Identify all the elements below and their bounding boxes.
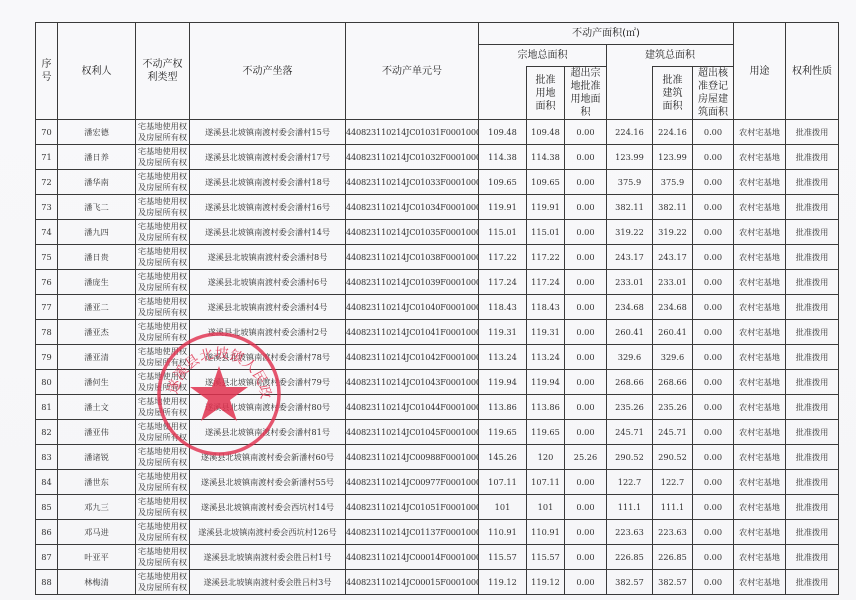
row-location: 遂溪县北坡镇南渡村委会潘村18号 xyxy=(190,170,346,195)
row-location: 遂溪县北坡镇南渡村委会潘村4号 xyxy=(190,295,346,320)
row-land-excess: 0.00 xyxy=(565,470,607,495)
row-owner: 潘九四 xyxy=(58,220,136,245)
header-building-excess: 超出核准登记房屋建筑面积 xyxy=(693,67,734,120)
row-building-approved: 224.16 xyxy=(653,120,693,145)
row-owner: 潘宏德 xyxy=(58,120,136,145)
row-seq: 86 xyxy=(36,520,58,545)
header-building-approved: 批准建筑面积 xyxy=(653,67,693,120)
row-building-total: 329.6 xyxy=(607,345,653,370)
row-land-excess: 0.00 xyxy=(565,545,607,570)
row-usage: 农村宅基地 xyxy=(734,570,786,595)
row-usage: 农村宅基地 xyxy=(734,445,786,470)
row-building-total: 234.68 xyxy=(607,295,653,320)
row-seq: 70 xyxy=(36,120,58,145)
row-right-nature: 批准拨用 xyxy=(786,495,839,520)
row-building-total: 268.66 xyxy=(607,370,653,395)
row-right-type: 宅基地使用权及房屋所有权 xyxy=(136,320,190,345)
row-location: 遂溪县北坡镇南渡村委会潘村78号 xyxy=(190,345,346,370)
row-owner: 潘日养 xyxy=(58,145,136,170)
row-land-total: 113.24 xyxy=(479,345,527,370)
row-building-approved: 111.1 xyxy=(653,495,693,520)
row-right-nature: 批准拨用 xyxy=(786,345,839,370)
row-owner: 潘诸锐 xyxy=(58,445,136,470)
row-owner: 潘世东 xyxy=(58,470,136,495)
row-land-total: 115.01 xyxy=(479,220,527,245)
table-row: 74潘九四宅基地使用权及房屋所有权遂溪县北坡镇南渡村委会潘村14号4408231… xyxy=(36,220,839,245)
row-building-excess: 0.00 xyxy=(693,245,734,270)
row-building-approved: 123.99 xyxy=(653,145,693,170)
row-right-nature: 批准拨用 xyxy=(786,295,839,320)
row-land-excess: 0.00 xyxy=(565,145,607,170)
table-row: 71潘日养宅基地使用权及房屋所有权遂溪县北坡镇南渡村委会潘村17号4408231… xyxy=(36,145,839,170)
row-land-excess: 0.00 xyxy=(565,220,607,245)
row-location: 遂溪县北坡镇南渡村委会潘村8号 xyxy=(190,245,346,270)
row-unit-no: 440823110214JC01137F00010001 xyxy=(346,520,479,545)
row-location: 遂溪县北坡镇南渡村委会潘村80号 xyxy=(190,395,346,420)
row-unit-no: 440823110214JC00988F00010001 xyxy=(346,445,479,470)
row-right-nature: 批准拨用 xyxy=(786,395,839,420)
row-right-type: 宅基地使用权及房屋所有权 xyxy=(136,345,190,370)
row-building-total: 382.11 xyxy=(607,195,653,220)
row-right-type: 宅基地使用权及房屋所有权 xyxy=(136,270,190,295)
row-location: 遂溪县北坡镇南渡村委会潘村14号 xyxy=(190,220,346,245)
row-unit-no: 440823110214JC01033F00010001 xyxy=(346,170,479,195)
row-usage: 农村宅基地 xyxy=(734,295,786,320)
row-owner: 潘飞二 xyxy=(58,195,136,220)
row-land-approved: 120 xyxy=(527,445,565,470)
row-land-total: 101 xyxy=(479,495,527,520)
row-seq: 76 xyxy=(36,270,58,295)
row-land-approved: 109.65 xyxy=(527,170,565,195)
row-land-approved: 119.65 xyxy=(527,420,565,445)
header-seq: 序号 xyxy=(36,23,58,120)
row-building-approved: 235.26 xyxy=(653,395,693,420)
row-building-approved: 268.66 xyxy=(653,370,693,395)
row-building-approved: 260.41 xyxy=(653,320,693,345)
table-row: 80潘何生宅基地使用权及房屋所有权遂溪县北坡镇南渡村委会潘村79号4408231… xyxy=(36,370,839,395)
row-seq: 84 xyxy=(36,470,58,495)
row-usage: 农村宅基地 xyxy=(734,320,786,345)
row-building-excess: 0.00 xyxy=(693,545,734,570)
document-page: 序号 权利人 不动产权利类型 不动产坐落 不动产单元号 不动产面积(㎡) 用途 … xyxy=(0,0,856,600)
table-row: 87叶亚平宅基地使用权及房屋所有权遂溪县北坡镇南渡村委会胜吕村1号4408231… xyxy=(36,545,839,570)
header-unit-no: 不动产单元号 xyxy=(346,23,479,120)
header-land-excess: 超出宗地批准用地面积 xyxy=(565,67,607,120)
table-row: 82潘亚伟宅基地使用权及房屋所有权遂溪县北坡镇南渡村委会潘村81号4408231… xyxy=(36,420,839,445)
row-building-approved: 319.22 xyxy=(653,220,693,245)
row-building-total: 122.7 xyxy=(607,470,653,495)
row-building-excess: 0.00 xyxy=(693,145,734,170)
row-building-total: 375.9 xyxy=(607,170,653,195)
row-seq: 81 xyxy=(36,395,58,420)
row-right-type: 宅基地使用权及房屋所有权 xyxy=(136,570,190,595)
row-land-approved: 113.24 xyxy=(527,345,565,370)
row-land-approved: 119.94 xyxy=(527,370,565,395)
row-building-approved: 233.01 xyxy=(653,270,693,295)
row-owner: 潘庞生 xyxy=(58,270,136,295)
row-seq: 73 xyxy=(36,195,58,220)
row-unit-no: 440823110214JC01034F00010001 xyxy=(346,195,479,220)
row-building-approved: 329.6 xyxy=(653,345,693,370)
row-building-total: 123.99 xyxy=(607,145,653,170)
row-location: 遂溪县北坡镇南渡村委会西坑村14号 xyxy=(190,495,346,520)
row-land-total: 119.65 xyxy=(479,420,527,445)
header-usage: 用途 xyxy=(734,23,786,120)
row-usage: 农村宅基地 xyxy=(734,420,786,445)
row-unit-no: 440823110214JC01051F00010001 xyxy=(346,495,479,520)
row-unit-no: 440823110214JC01032F00010001 xyxy=(346,145,479,170)
row-usage: 农村宅基地 xyxy=(734,220,786,245)
row-land-approved: 117.22 xyxy=(527,245,565,270)
row-building-excess: 0.00 xyxy=(693,220,734,245)
row-unit-no: 440823110214JC01041F00010001 xyxy=(346,320,479,345)
row-seq: 88 xyxy=(36,570,58,595)
row-right-nature: 批准拨用 xyxy=(786,570,839,595)
row-building-total: 260.41 xyxy=(607,320,653,345)
row-usage: 农村宅基地 xyxy=(734,345,786,370)
row-seq: 78 xyxy=(36,320,58,345)
row-usage: 农村宅基地 xyxy=(734,370,786,395)
header-area-group: 不动产面积(㎡) xyxy=(479,23,734,45)
row-usage: 农村宅基地 xyxy=(734,545,786,570)
row-land-excess: 0.00 xyxy=(565,570,607,595)
row-location: 遂溪县北坡镇南渡村委会潘村17号 xyxy=(190,145,346,170)
row-usage: 农村宅基地 xyxy=(734,170,786,195)
row-location: 遂溪县北坡镇南渡村委会潘村81号 xyxy=(190,420,346,445)
row-usage: 农村宅基地 xyxy=(734,470,786,495)
row-right-nature: 批准拨用 xyxy=(786,470,839,495)
row-land-approved: 109.48 xyxy=(527,120,565,145)
table-row: 73潘飞二宅基地使用权及房屋所有权遂溪县北坡镇南渡村委会潘村16号4408231… xyxy=(36,195,839,220)
row-right-type: 宅基地使用权及房屋所有权 xyxy=(136,520,190,545)
row-land-approved: 115.01 xyxy=(527,220,565,245)
row-unit-no: 440823110214JC00977F00010001 xyxy=(346,470,479,495)
row-right-type: 宅基地使用权及房屋所有权 xyxy=(136,445,190,470)
row-seq: 71 xyxy=(36,145,58,170)
table-row: 84潘世东宅基地使用权及房屋所有权遂溪县北坡镇南渡村委会新潘村55号440823… xyxy=(36,470,839,495)
property-registry-table: 序号 权利人 不动产权利类型 不动产坐落 不动产单元号 不动产面积(㎡) 用途 … xyxy=(35,22,839,595)
row-building-excess: 0.00 xyxy=(693,195,734,220)
row-right-nature: 批准拨用 xyxy=(786,370,839,395)
row-owner: 潘日贵 xyxy=(58,245,136,270)
row-building-approved: 122.7 xyxy=(653,470,693,495)
row-land-excess: 0.00 xyxy=(565,370,607,395)
row-usage: 农村宅基地 xyxy=(734,120,786,145)
row-land-total: 145.26 xyxy=(479,445,527,470)
row-location: 遂溪县北坡镇南渡村委会胜吕村1号 xyxy=(190,545,346,570)
row-seq: 87 xyxy=(36,545,58,570)
row-right-type: 宅基地使用权及房屋所有权 xyxy=(136,195,190,220)
row-owner: 潘亚伟 xyxy=(58,420,136,445)
table-row: 81潘土文宅基地使用权及房屋所有权遂溪县北坡镇南渡村委会潘村80号4408231… xyxy=(36,395,839,420)
row-building-excess: 0.00 xyxy=(693,470,734,495)
row-land-approved: 101 xyxy=(527,495,565,520)
row-right-type: 宅基地使用权及房屋所有权 xyxy=(136,370,190,395)
row-right-type: 宅基地使用权及房屋所有权 xyxy=(136,470,190,495)
row-land-approved: 118.43 xyxy=(527,295,565,320)
row-land-excess: 0.00 xyxy=(565,495,607,520)
row-land-approved: 114.38 xyxy=(527,145,565,170)
row-owner: 邓马进 xyxy=(58,520,136,545)
row-right-type: 宅基地使用权及房屋所有权 xyxy=(136,420,190,445)
row-unit-no: 440823110214JC01043F00010001 xyxy=(346,370,479,395)
row-building-excess: 0.00 xyxy=(693,320,734,345)
row-land-approved: 119.12 xyxy=(527,570,565,595)
row-land-total: 114.38 xyxy=(479,145,527,170)
header-building-total-value xyxy=(607,67,653,120)
row-unit-no: 440823110214JC01035F00010001 xyxy=(346,220,479,245)
row-unit-no: 440823110214JC01042F00010001 xyxy=(346,345,479,370)
row-usage: 农村宅基地 xyxy=(734,495,786,520)
table-row: 70潘宏德宅基地使用权及房屋所有权遂溪县北坡镇南渡村委会潘村15号4408231… xyxy=(36,120,839,145)
row-unit-no: 440823110214JC00015F00010001 xyxy=(346,570,479,595)
row-building-total: 235.26 xyxy=(607,395,653,420)
table-row: 76潘庞生宅基地使用权及房屋所有权遂溪县北坡镇南渡村委会潘村6号44082311… xyxy=(36,270,839,295)
row-building-approved: 226.85 xyxy=(653,545,693,570)
row-building-total: 382.57 xyxy=(607,570,653,595)
row-right-nature: 批准拨用 xyxy=(786,120,839,145)
row-location: 遂溪县北坡镇南渡村委会潘村16号 xyxy=(190,195,346,220)
row-building-excess: 0.00 xyxy=(693,120,734,145)
row-land-excess: 0.00 xyxy=(565,320,607,345)
row-building-excess: 0.00 xyxy=(693,445,734,470)
row-right-nature: 批准拨用 xyxy=(786,520,839,545)
row-building-total: 233.01 xyxy=(607,270,653,295)
row-land-total: 119.94 xyxy=(479,370,527,395)
row-building-total: 223.63 xyxy=(607,520,653,545)
row-land-total: 117.24 xyxy=(479,270,527,295)
row-owner: 潘土文 xyxy=(58,395,136,420)
row-right-nature: 批准拨用 xyxy=(786,270,839,295)
row-building-excess: 0.00 xyxy=(693,370,734,395)
row-location: 遂溪县北坡镇南渡村委会西坑村126号 xyxy=(190,520,346,545)
row-right-nature: 批准拨用 xyxy=(786,220,839,245)
row-land-excess: 0.00 xyxy=(565,420,607,445)
row-right-nature: 批准拨用 xyxy=(786,320,839,345)
row-right-type: 宅基地使用权及房屋所有权 xyxy=(136,245,190,270)
header-right-nature: 权利性质 xyxy=(786,23,839,120)
row-building-excess: 0.00 xyxy=(693,495,734,520)
row-usage: 农村宅基地 xyxy=(734,270,786,295)
row-land-excess: 25.26 xyxy=(565,445,607,470)
row-unit-no: 440823110214JC01040F00010001 xyxy=(346,295,479,320)
row-unit-no: 440823110214JC01044F00010001 xyxy=(346,395,479,420)
row-owner: 潘华南 xyxy=(58,170,136,195)
row-building-approved: 382.11 xyxy=(653,195,693,220)
row-seq: 79 xyxy=(36,345,58,370)
row-owner: 潘何生 xyxy=(58,370,136,395)
table-row: 72潘华南宅基地使用权及房屋所有权遂溪县北坡镇南渡村委会潘村18号4408231… xyxy=(36,170,839,195)
row-building-approved: 223.63 xyxy=(653,520,693,545)
header-owner: 权利人 xyxy=(58,23,136,120)
row-location: 遂溪县北坡镇南渡村委会潘村2号 xyxy=(190,320,346,345)
table-row: 75潘日贵宅基地使用权及房屋所有权遂溪县北坡镇南渡村委会潘村8号44082311… xyxy=(36,245,839,270)
row-building-approved: 290.52 xyxy=(653,445,693,470)
row-land-excess: 0.00 xyxy=(565,120,607,145)
row-location: 遂溪县北坡镇南渡村委会新潘村60号 xyxy=(190,445,346,470)
row-land-total: 109.65 xyxy=(479,170,527,195)
row-building-excess: 0.00 xyxy=(693,395,734,420)
row-seq: 83 xyxy=(36,445,58,470)
row-land-excess: 0.00 xyxy=(565,295,607,320)
row-land-excess: 0.00 xyxy=(565,395,607,420)
row-unit-no: 440823110214JC01031F00010001 xyxy=(346,120,479,145)
row-location: 遂溪县北坡镇南渡村委会潘村79号 xyxy=(190,370,346,395)
row-land-excess: 0.00 xyxy=(565,245,607,270)
row-building-excess: 0.00 xyxy=(693,270,734,295)
row-land-total: 119.91 xyxy=(479,195,527,220)
row-right-nature: 批准拨用 xyxy=(786,545,839,570)
row-right-type: 宅基地使用权及房屋所有权 xyxy=(136,220,190,245)
row-land-total: 110.91 xyxy=(479,520,527,545)
registry-rows: 70潘宏德宅基地使用权及房屋所有权遂溪县北坡镇南渡村委会潘村15号4408231… xyxy=(36,120,839,595)
row-owner: 林梅清 xyxy=(58,570,136,595)
row-owner: 潘亚二 xyxy=(58,295,136,320)
row-owner: 邓九三 xyxy=(58,495,136,520)
header-land-total: 宗地总面积 xyxy=(479,45,607,67)
row-land-approved: 119.31 xyxy=(527,320,565,345)
row-building-excess: 0.00 xyxy=(693,170,734,195)
row-building-excess: 0.00 xyxy=(693,520,734,545)
row-land-approved: 115.57 xyxy=(527,545,565,570)
row-right-nature: 批准拨用 xyxy=(786,420,839,445)
row-land-excess: 0.00 xyxy=(565,520,607,545)
row-right-type: 宅基地使用权及房屋所有权 xyxy=(136,145,190,170)
row-unit-no: 440823110214JC01038F00010001 xyxy=(346,245,479,270)
row-building-total: 243.17 xyxy=(607,245,653,270)
row-right-type: 宅基地使用权及房屋所有权 xyxy=(136,170,190,195)
row-building-excess: 0.00 xyxy=(693,345,734,370)
table-row: 88林梅清宅基地使用权及房屋所有权遂溪县北坡镇南渡村委会胜吕村3号4408231… xyxy=(36,570,839,595)
row-land-total: 118.43 xyxy=(479,295,527,320)
row-building-total: 111.1 xyxy=(607,495,653,520)
row-land-excess: 0.00 xyxy=(565,345,607,370)
row-building-total: 319.22 xyxy=(607,220,653,245)
row-right-nature: 批准拨用 xyxy=(786,245,839,270)
table-row: 77潘亚二宅基地使用权及房屋所有权遂溪县北坡镇南渡村委会潘村4号44082311… xyxy=(36,295,839,320)
row-land-total: 109.48 xyxy=(479,120,527,145)
row-usage: 农村宅基地 xyxy=(734,520,786,545)
row-building-approved: 375.9 xyxy=(653,170,693,195)
row-building-approved: 234.68 xyxy=(653,295,693,320)
row-right-type: 宅基地使用权及房屋所有权 xyxy=(136,295,190,320)
row-seq: 77 xyxy=(36,295,58,320)
row-unit-no: 440823110214JC01039F00010001 xyxy=(346,270,479,295)
row-land-total: 119.12 xyxy=(479,570,527,595)
row-right-nature: 批准拨用 xyxy=(786,145,839,170)
row-building-total: 245.71 xyxy=(607,420,653,445)
row-seq: 72 xyxy=(36,170,58,195)
row-building-excess: 0.00 xyxy=(693,570,734,595)
row-owner: 潘亚清 xyxy=(58,345,136,370)
table-row: 78潘亚杰宅基地使用权及房屋所有权遂溪县北坡镇南渡村委会潘村2号44082311… xyxy=(36,320,839,345)
row-land-approved: 110.91 xyxy=(527,520,565,545)
row-land-approved: 119.91 xyxy=(527,195,565,220)
row-land-total: 117.22 xyxy=(479,245,527,270)
row-building-excess: 0.00 xyxy=(693,420,734,445)
row-seq: 74 xyxy=(36,220,58,245)
row-right-type: 宅基地使用权及房屋所有权 xyxy=(136,120,190,145)
row-land-total: 113.86 xyxy=(479,395,527,420)
table-row: 85邓九三宅基地使用权及房屋所有权遂溪县北坡镇南渡村委会西坑村14号440823… xyxy=(36,495,839,520)
row-location: 遂溪县北坡镇南渡村委会潘村15号 xyxy=(190,120,346,145)
row-owner: 叶亚平 xyxy=(58,545,136,570)
row-right-type: 宅基地使用权及房屋所有权 xyxy=(136,395,190,420)
row-building-approved: 382.57 xyxy=(653,570,693,595)
row-land-total: 107.11 xyxy=(479,470,527,495)
row-land-approved: 107.11 xyxy=(527,470,565,495)
row-land-excess: 0.00 xyxy=(565,170,607,195)
row-usage: 农村宅基地 xyxy=(734,395,786,420)
header-land-total-value xyxy=(479,67,527,120)
row-location: 遂溪县北坡镇南渡村委会潘村6号 xyxy=(190,270,346,295)
header-land-approved: 批准用地面积 xyxy=(527,67,565,120)
row-building-total: 290.52 xyxy=(607,445,653,470)
row-location: 遂溪县北坡镇南渡村委会新潘村55号 xyxy=(190,470,346,495)
row-building-total: 226.85 xyxy=(607,545,653,570)
row-usage: 农村宅基地 xyxy=(734,195,786,220)
header-right-type: 不动产权利类型 xyxy=(136,23,190,120)
row-usage: 农村宅基地 xyxy=(734,245,786,270)
row-right-nature: 批准拨用 xyxy=(786,170,839,195)
row-right-type: 宅基地使用权及房屋所有权 xyxy=(136,495,190,520)
row-land-total: 115.57 xyxy=(479,545,527,570)
row-land-excess: 0.00 xyxy=(565,270,607,295)
table-row: 86邓马进宅基地使用权及房屋所有权遂溪县北坡镇南渡村委会西坑村126号44082… xyxy=(36,520,839,545)
row-location: 遂溪县北坡镇南渡村委会胜吕村3号 xyxy=(190,570,346,595)
row-seq: 80 xyxy=(36,370,58,395)
row-right-nature: 批准拨用 xyxy=(786,445,839,470)
row-usage: 农村宅基地 xyxy=(734,145,786,170)
row-seq: 82 xyxy=(36,420,58,445)
row-building-approved: 245.71 xyxy=(653,420,693,445)
row-building-approved: 243.17 xyxy=(653,245,693,270)
row-right-nature: 批准拨用 xyxy=(786,195,839,220)
table-row: 79潘亚清宅基地使用权及房屋所有权遂溪县北坡镇南渡村委会潘村78号4408231… xyxy=(36,345,839,370)
row-right-type: 宅基地使用权及房屋所有权 xyxy=(136,545,190,570)
header-building-total: 建筑总面积 xyxy=(607,45,734,67)
row-land-approved: 113.86 xyxy=(527,395,565,420)
table-row: 83潘诸锐宅基地使用权及房屋所有权遂溪县北坡镇南渡村委会新潘村60号440823… xyxy=(36,445,839,470)
row-land-approved: 117.24 xyxy=(527,270,565,295)
row-building-total: 224.16 xyxy=(607,120,653,145)
row-unit-no: 440823110214JC01045F00010001 xyxy=(346,420,479,445)
row-unit-no: 440823110214JC00014F00010001 xyxy=(346,545,479,570)
row-seq: 75 xyxy=(36,245,58,270)
row-seq: 85 xyxy=(36,495,58,520)
row-land-total: 119.31 xyxy=(479,320,527,345)
row-land-excess: 0.00 xyxy=(565,195,607,220)
header-location: 不动产坐落 xyxy=(190,23,346,120)
row-building-excess: 0.00 xyxy=(693,295,734,320)
row-owner: 潘亚杰 xyxy=(58,320,136,345)
